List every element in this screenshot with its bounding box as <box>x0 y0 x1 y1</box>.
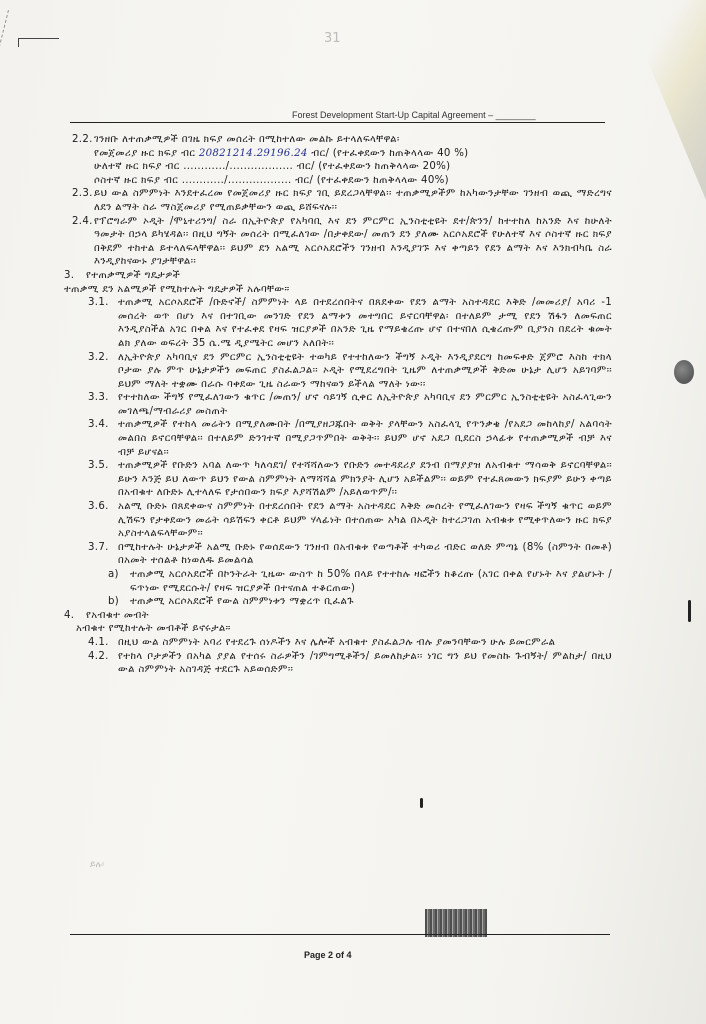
section-3-heading: 3. የተጠቃሚዎች ግዴታዎች <box>64 269 612 283</box>
page-stamp-number: 31 <box>324 31 341 46</box>
official-stamp <box>425 909 487 937</box>
section-intro: አብቁተ የሚከተሉት መብቶች ይኖሩታል። <box>76 622 612 636</box>
sub-clause-text: ተጠቃሚ አርሶአደሮች የውል ስምምነቱን ማቋረጥ ቢፈልጉ <box>130 595 612 609</box>
handwritten-amount: 20821214.29196.24 <box>199 148 308 159</box>
fold-line <box>0 10 11 234</box>
clause-text: ተጠቃሚ አርሶአደሮች /ቡድኖች/ ስምምነት ላይ በተደረሰበትና በጸ… <box>118 296 612 350</box>
section-4-clauses: 4.1.በዚህ ውል ስምምነት አባሪ የተደረጉ ሰነዶችን እና ሌሎች … <box>72 636 612 677</box>
payment-line-1: የመጀመሪያ ዙር ክፍያ ብር 20821214.29196.24 ብር/ (… <box>94 147 612 161</box>
clause-number: 3.7. <box>88 541 118 568</box>
clause-text: ለኢትዮጵያ አካባቢና ደን ምርምር ኢንስቲቲዩት ተወካይ የተተከለው… <box>118 351 612 392</box>
clause: 3.6.አልሚ ቡድኑ በጸደቀውና ስምምነት በተደረሰበት የደን ልማት… <box>88 500 612 541</box>
clause-number: 3.5. <box>88 459 118 500</box>
payment-line-3: ሶስተኛ ዙር ክፍያ ብር ............/............… <box>94 174 612 188</box>
clause-text: አልሚ ቡድኑ በጸደቀውና ስምምነት በተደረሰበት የደን ልማት አስተ… <box>118 500 612 541</box>
section-intro: ተጠቃሚ ደን አልሚዎች የሚከተሉት ግዴታዎች አሉባቸው። <box>64 283 612 297</box>
clause: 3.3.የተተከለው ችግኝ የሚፈለገውን ቁጥር /መጠን/ ሆኖ ሳይገኝ… <box>88 391 612 418</box>
clause-text: ተጠቃሚዎች የቡድን አባል ለውጥ ካለሳደገ/ የተሻሻለውን የቡድን … <box>118 459 612 500</box>
clause-text: ተጠቃሚዎች የተከላ መሬትን በሚያለሙበት /በሚያዘጋጁበት ወቅት ያ… <box>118 418 612 459</box>
clause-number: 2.3. <box>72 187 94 214</box>
clause-number: 4.1. <box>88 636 118 650</box>
section-3-clauses: 3.1.ተጠቃሚ አርሶአደሮች /ቡድኖች/ ስምምነት ላይ በተደረሰበት… <box>72 296 612 609</box>
sub-clause-text: ተጠቃሚ አርሶአደሮች በኮንትራት ጊዜው ውስጥ ከ 50% በላይ የተ… <box>130 568 612 595</box>
clause-number: 3.2. <box>88 351 118 392</box>
blank-amount: ............/.................. <box>183 161 293 172</box>
clause-number: 2.4. <box>72 215 94 269</box>
document-body: 2.2. ገንዘቡ ለተጠቃሚዎች በገዜ ክፍያ መሰረት በሚከተለው መል… <box>72 133 612 677</box>
clause: 3.1.ተጠቃሚ አርሶአደሮች /ቡድኖች/ ስምምነት ላይ በተደረሰበት… <box>88 296 612 350</box>
clause-number: 3.6. <box>88 500 118 541</box>
clause-text: የተከላ ቦታዎችን በአካል ያያል የተሰሩ ስራዎችን /ገምግሚቶችን/… <box>118 650 612 677</box>
clause-text: በዚህ ውል ስምምነት አባሪ የተደረጉ ሰነዶችን እና ሌሎች አብቁተ… <box>118 636 612 650</box>
scanned-page: 31 Forest Development Start-Up Capital A… <box>0 0 706 1024</box>
clause-text: የተተከለው ችግኝ የሚፈለገውን ቁጥር /መጠን/ ሆኖ ሳይገኝ ሲቀር… <box>118 391 612 418</box>
clause-text: በሚከተሉት ሁኔታዎች አልሚ ቡድኑ የወሰደውን ገንዘብ በአብቁቱ የ… <box>118 541 612 568</box>
section-heading: የአብቁተ መብት <box>86 609 612 623</box>
section-heading: የተጠቃሚዎች ግዴታዎች <box>86 269 612 283</box>
section-4-heading: 4. የአብቁተ መብት <box>64 609 612 623</box>
clause-text: የፕሮግራም ኦዲት /ሞኒተሪንግ/ ስራ በኢትዮጵያ የአካባቢ እና ደ… <box>94 215 612 269</box>
clause: 3.2.ለኢትዮጵያ አካባቢና ደን ምርምር ኢንስቲቲዩት ተወካይ የተ… <box>88 351 612 392</box>
clause-text: ይህ ውል ስምምነት እንደተፈረመ የመጀመሪያ ዙር ክፍያ ገቢ ይደረ… <box>94 187 612 214</box>
clause: 4.1.በዚህ ውል ስምምነት አባሪ የተደረጉ ሰነዶችን እና ሌሎች … <box>88 636 612 650</box>
clause: 4.2.የተከላ ቦታዎችን በአካል ያያል የተሰሩ ስራዎችን /ገምግሚ… <box>88 650 612 677</box>
clause-number: 3.3. <box>88 391 118 418</box>
section-number: 4. <box>64 609 86 623</box>
margin-mark <box>420 798 423 808</box>
clause-2-4: 2.4. የፕሮግራም ኦዲት /ሞኒተሪንግ/ ስራ በኢትዮጵያ የአካባቢ… <box>72 215 612 269</box>
clause-2-2: 2.2. ገንዘቡ ለተጠቃሚዎች በገዜ ክፍያ መሰረት በሚከተለው መል… <box>72 133 612 187</box>
clause-number: 4.2. <box>88 650 118 677</box>
clause-number: 3.1. <box>88 296 118 350</box>
blank-amount: ............/.................. <box>182 175 292 186</box>
clause-2-3: 2.3. ይህ ውል ስምምነት እንደተፈረመ የመጀመሪያ ዙር ክፍያ ገ… <box>72 187 612 214</box>
sub-clause: a)ተጠቃሚ አርሶአደሮች በኮንትራት ጊዜው ውስጥ ከ 50% በላይ … <box>108 568 612 595</box>
clause: 3.4.ተጠቃሚዎች የተከላ መሬትን በሚያለሙበት /በሚያዘጋጁበት ወ… <box>88 418 612 459</box>
margin-mark <box>688 600 691 622</box>
footer-rule <box>70 934 610 935</box>
sub-clause: b)ተጠቃሚ አርሶአደሮች የውል ስምምነቱን ማቋረጥ ቢፈልጉ <box>108 595 612 609</box>
clause: 3.7.በሚከተሉት ሁኔታዎች አልሚ ቡድኑ የወሰደውን ገንዘብ በአብ… <box>88 541 612 568</box>
clause: 3.5.ተጠቃሚዎች የቡድን አባል ለውጥ ካለሳደገ/ የተሻሻለውን የ… <box>88 459 612 500</box>
header-title: Forest Development Start-Up Capital Agre… <box>292 110 536 120</box>
page-number: Page 2 of 4 <box>304 950 352 960</box>
section-number: 3. <box>64 269 86 283</box>
clause-number: 2.2. <box>72 133 94 187</box>
pen-mark <box>18 38 59 47</box>
punch-hole <box>674 360 694 384</box>
clause-number: 3.4. <box>88 418 118 459</box>
sub-clause-label: a) <box>108 568 130 595</box>
header-rule <box>70 122 605 123</box>
clause-text: ገንዘቡ ለተጠቃሚዎች በገዜ ክፍያ መሰረት በሚከተለው መልኩ ይተላ… <box>94 133 612 147</box>
faint-margin-note: ይሉ፡ <box>90 860 104 870</box>
payment-line-2: ሁለተኛ ዙር ክፍያ ብር ............/............… <box>94 160 612 174</box>
sub-clause-label: b) <box>108 595 130 609</box>
